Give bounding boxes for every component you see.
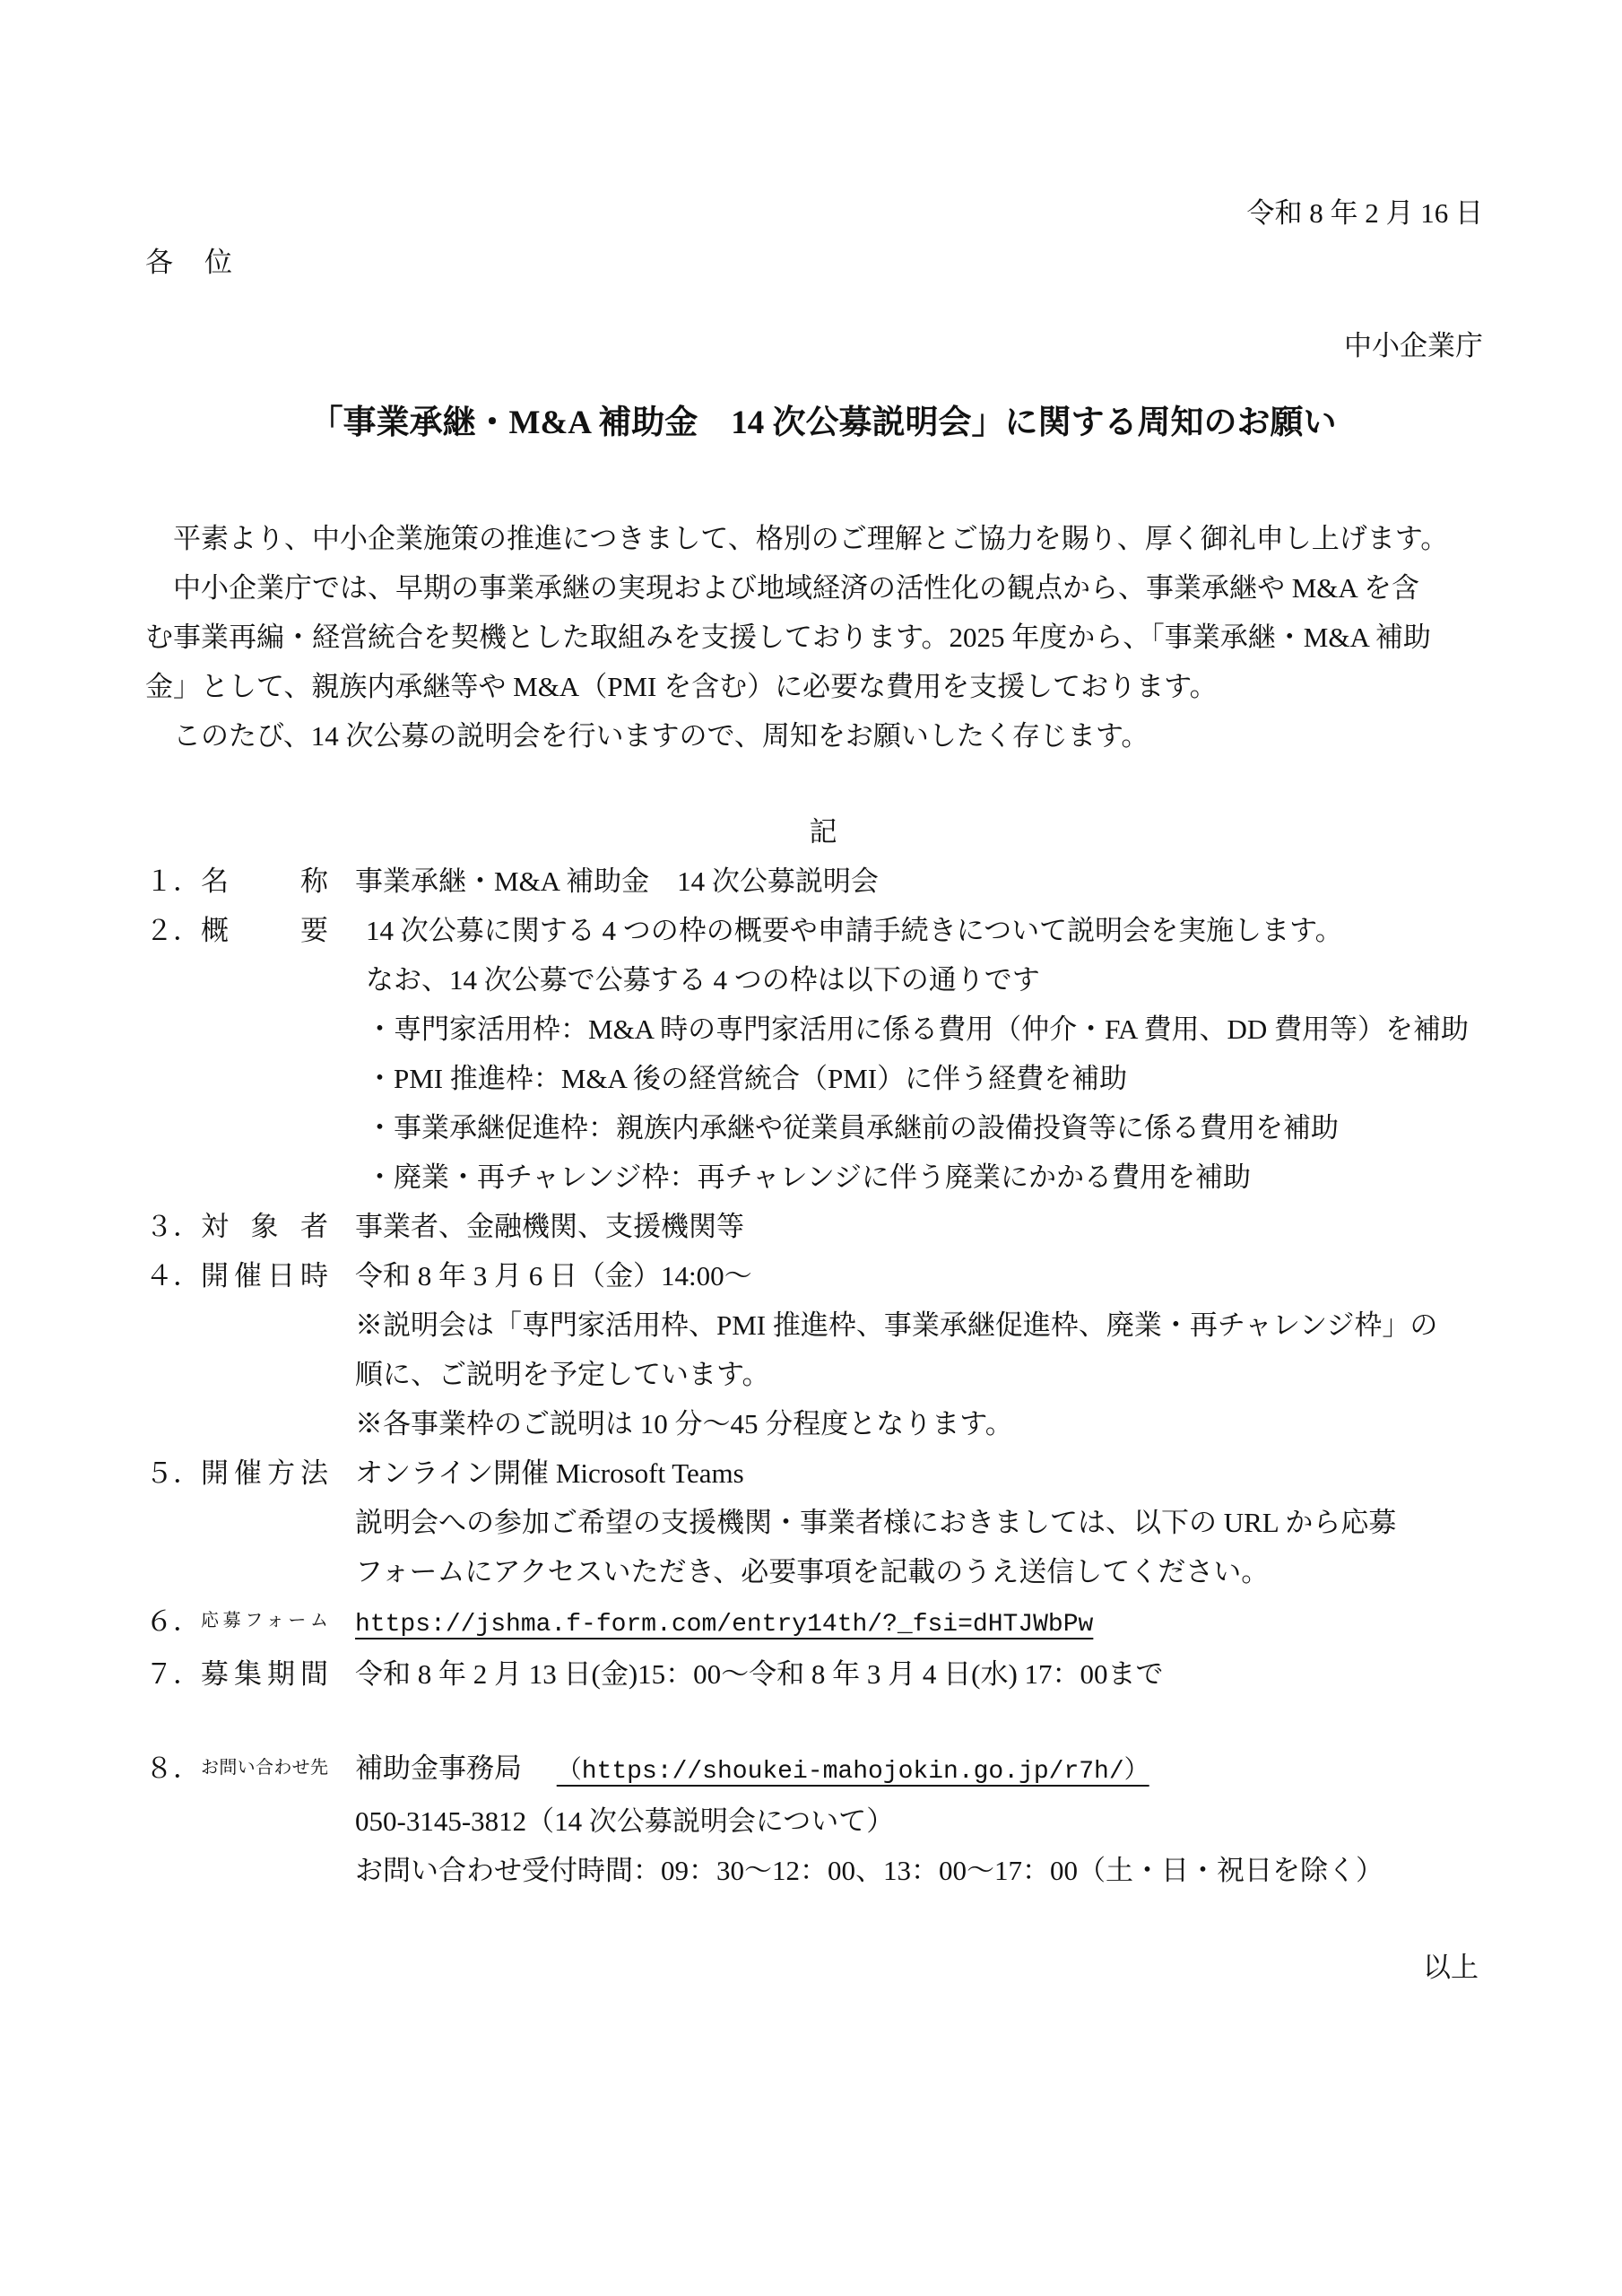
item-line: 令和 8 年 2 月 13 日(金)15：00～令和 8 年 3 月 4 日(水…	[355, 1649, 1501, 1699]
item-entry-form: ６． 応募フォーム https://jshma.f-form.com/entry…	[145, 1596, 1501, 1649]
item-contact: ８． お問い合わせ先 補助金事務局 （https://shoukei-mahoj…	[145, 1744, 1501, 1895]
paragraph-3-line: このたび、14 次公募の説明会を行いますので、周知をお願いしたく存じます。	[145, 711, 1501, 761]
item-target-audience: ３． 対象者 事業者、金融機関、支援機関等	[145, 1202, 1501, 1251]
item-line: 14 次公募に関する 4 つの枠の概要や申請手続きについて説明会を実施します。	[355, 906, 1501, 955]
paragraph-1-line: 平素より、中小企業施策の推進につきまして、格別のご理解とご協力を賜り、厚く御礼申…	[145, 514, 1501, 563]
item-line-note: ※説明会は「専門家活用枠、PMI 推進枠、事業承継促進枠、廃業・再チャレンジ枠」…	[355, 1300, 1501, 1350]
item-label: 開催日時	[201, 1251, 328, 1300]
item-number: ８．	[145, 1744, 201, 1793]
item-number: ７．	[145, 1649, 201, 1699]
sender: 中小企業庁	[145, 321, 1501, 370]
item-number: ５．	[145, 1448, 201, 1498]
item-line-bullet: ・事業承継促進枠：親族内承継や従業員承継前の設備投資等に係る費用を補助	[355, 1103, 1501, 1152]
body-paragraphs: 平素より、中小企業施策の推進につきまして、格別のご理解とご協力を賜り、厚く御礼申…	[145, 514, 1501, 761]
item-number: ４．	[145, 1251, 201, 1300]
item-line: 事業承継・M&A 補助金 14 次公募説明会	[355, 857, 1501, 906]
item-line: オンライン開催 Microsoft Teams	[355, 1448, 1501, 1498]
item-date-time: ４． 開催日時 令和 8 年 3 月 6 日（金）14:00～ ※説明会は「専門…	[145, 1251, 1501, 1448]
item-label: 開催方法	[201, 1448, 328, 1498]
contact-office: 補助金事務局	[355, 1752, 550, 1784]
item-line-note: ※各事業枠のご説明は 10 分～45 分程度となります。	[355, 1399, 1501, 1448]
entry-form-link[interactable]: https://jshma.f-form.com/entry14th/?_fsi…	[355, 1611, 1093, 1639]
contact-site-link[interactable]: （https://shoukei-mahojokin.go.jp/r7h/）	[557, 1758, 1149, 1786]
closing-ijou: 以上	[145, 1943, 1501, 1992]
paragraph-2-line: 金」として、親族内承継等や M&A（PMI を含む）に必要な費用を支援しておりま…	[145, 662, 1501, 711]
item-name: １． 名称 事業承継・M&A 補助金 14 次公募説明会	[145, 857, 1501, 906]
notation-ki: 記	[145, 807, 1501, 857]
contact-hours: お問い合わせ受付時間：09：30～12：00、13：00～17：00（土・日・祝…	[355, 1846, 1501, 1895]
item-line: 事業者、金融機関、支援機関等	[355, 1202, 1501, 1251]
item-number: ３．	[145, 1202, 201, 1251]
item-label: 対象者	[201, 1202, 328, 1251]
item-label: 応募フォーム	[201, 1596, 328, 1646]
item-line-note: 順に、ご説明を予定しています。	[355, 1350, 1501, 1399]
issue-date: 令和 8 年 2 月 16 日	[145, 188, 1501, 238]
item-line-bullet: ・専門家活用枠：M&A 時の専門家活用に係る費用（仲介・FA 費用、DD 費用等…	[355, 1004, 1501, 1054]
item-line-bullet: ・廃業・再チャレンジ枠：再チャレンジに伴う廃業にかかる費用を補助	[355, 1152, 1501, 1202]
item-line: フォームにアクセスいただき、必要事項を記載のうえ送信してください。	[355, 1547, 1501, 1596]
item-line: 令和 8 年 3 月 6 日（金）14:00～	[355, 1251, 1501, 1300]
item-application-period: ７． 募集期間 令和 8 年 2 月 13 日(金)15：00～令和 8 年 3…	[145, 1649, 1501, 1699]
document-page: 令和 8 年 2 月 16 日 各 位 中小企業庁 「事業承継・M&A 補助金 …	[0, 0, 1622, 2296]
item-label: 概要	[201, 906, 328, 955]
recipient: 各 位	[145, 238, 1501, 287]
item-overview: ２． 概要 14 次公募に関する 4 つの枠の概要や申請手続きについて説明会を実…	[145, 906, 1501, 1202]
item-number: ２．	[145, 906, 201, 955]
item-label: 名称	[201, 857, 328, 906]
item-line-bullet: ・PMI 推進枠：M&A 後の経営統合（PMI）に伴う経費を補助	[355, 1054, 1501, 1103]
item-number: ６．	[145, 1596, 201, 1646]
paragraph-2-line: 中小企業庁では、早期の事業承継の実現および地域経済の活性化の観点から、事業承継や…	[145, 563, 1501, 613]
item-method: ５． 開催方法 オンライン開催 Microsoft Teams 説明会への参加ご…	[145, 1448, 1501, 1596]
document-title: 「事業承継・M&A 補助金 14 次公募説明会」に関する周知のお願い	[145, 396, 1501, 450]
item-label: お問い合わせ先	[201, 1744, 328, 1793]
item-label: 募集期間	[201, 1649, 328, 1699]
item-line: 説明会への参加ご希望の支援機関・事業者様におきましては、以下の URL から応募	[355, 1498, 1501, 1547]
paragraph-2-line: む事業再編・経営統合を契機とした取組みを支援しております。2025 年度から、「…	[145, 613, 1501, 662]
item-number: １．	[145, 857, 201, 906]
contact-phone: 050-3145-3812（14 次公募説明会について）	[355, 1796, 1501, 1846]
item-line: なお、14 次公募で公募する 4 つの枠は以下の通りです	[355, 955, 1501, 1004]
